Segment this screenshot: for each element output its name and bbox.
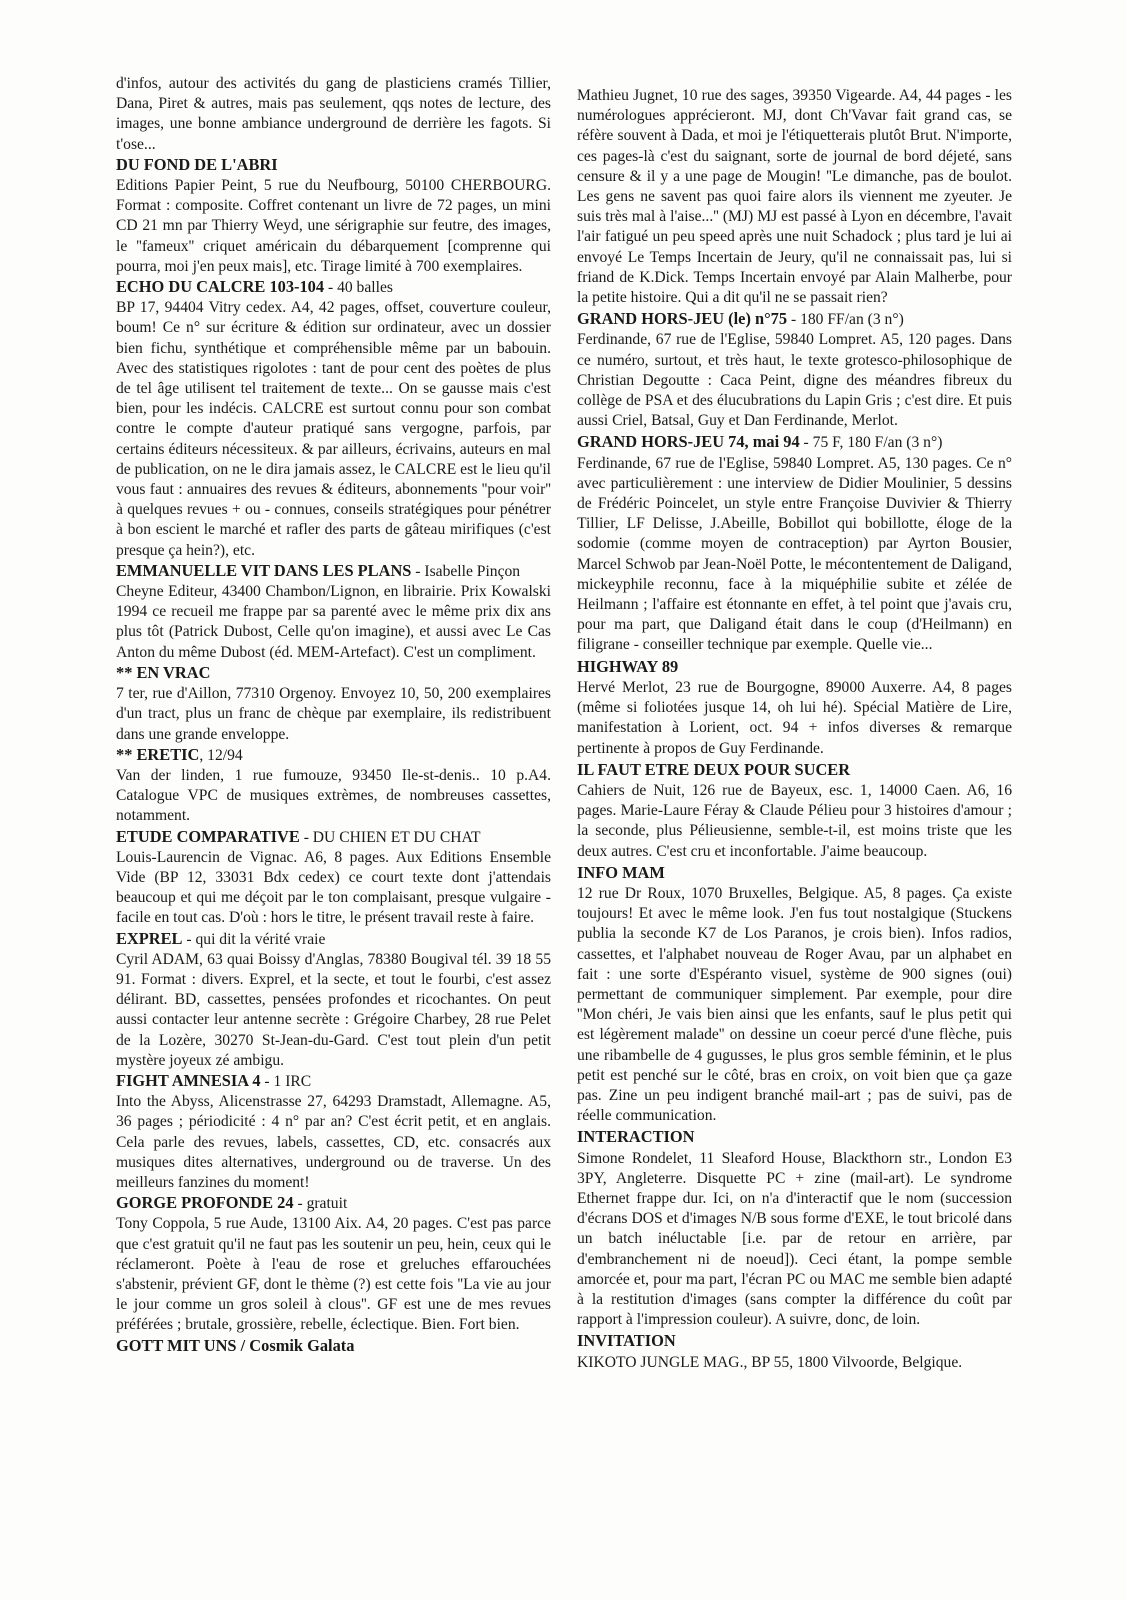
entry-title: DU FOND DE L'ABRI [116, 155, 278, 174]
document-page: d'infos, autour des activités du gang de… [0, 0, 1127, 1600]
entry-subtitle: - 180 FF/an (3 n°) [787, 311, 904, 328]
entry-title: ** EN VRAC [116, 663, 210, 682]
review-entry: ECHO DU CALCRE 103-104 - 40 balles BP 17… [116, 277, 551, 561]
lead-paragraph: d'infos, autour des activités du gang de… [116, 74, 551, 155]
entry-subtitle: - DU CHIEN ET DU CHAT [300, 829, 481, 846]
entry-body: KIKOTO JUNGLE MAG., BP 55, 1800 Vilvoord… [577, 1353, 1012, 1373]
review-entry: INVITATION KIKOTO JUNGLE MAG., BP 55, 18… [577, 1331, 1012, 1372]
entry-subtitle: , 12/94 [199, 747, 242, 764]
entry-title: HIGHWAY 89 [577, 657, 678, 676]
entry-heading: ECHO DU CALCRE 103-104 - 40 balles [116, 277, 551, 298]
entry-body: 12 rue Dr Roux, 1070 Bruxelles, Belgique… [577, 884, 1012, 1126]
entry-subtitle: - 40 balles [324, 279, 393, 296]
review-entry: GOTT MIT UNS / Cosmik Galata [116, 1336, 551, 1357]
review-entry: INTERACTION Simone Rondelet, 11 Sleaford… [577, 1127, 1012, 1330]
entry-title: ETUDE COMPARATIVE [116, 827, 300, 846]
entry-heading: INFO MAM [577, 863, 1012, 884]
review-entry: FIGHT AMNESIA 4 - 1 IRC Into the Abyss, … [116, 1071, 551, 1193]
entry-body: Cahiers de Nuit, 126 rue de Bayeux, esc.… [577, 781, 1012, 862]
entry-heading: GRAND HORS-JEU 74, mai 94 - 75 F, 180 F/… [577, 432, 1012, 453]
review-entry: HIGHWAY 89 Hervé Merlot, 23 rue de Bourg… [577, 657, 1012, 759]
review-entry: ETUDE COMPARATIVE - DU CHIEN ET DU CHAT … [116, 827, 551, 929]
entry-heading: GRAND HORS-JEU (le) n°75 - 180 FF/an (3 … [577, 309, 1012, 330]
entry-subtitle: - 75 F, 180 F/an (3 n°) [800, 434, 943, 451]
review-entry: EMMANUELLE VIT DANS LES PLANS - Isabelle… [116, 561, 551, 663]
left-column: d'infos, autour des activités du gang de… [116, 74, 551, 1357]
review-entry: GRAND HORS-JEU (le) n°75 - 180 FF/an (3 … [577, 309, 1012, 431]
entry-subtitle: - Isabelle Pinçon [411, 563, 520, 580]
entry-subtitle: - qui dit la vérité vraie [182, 931, 325, 948]
entry-title: IL FAUT ETRE DEUX POUR SUCER [577, 760, 850, 779]
review-entry: INFO MAM 12 rue Dr Roux, 1070 Bruxelles,… [577, 863, 1012, 1127]
lead-paragraph: Mathieu Jugnet, 10 rue des sages, 39350 … [577, 86, 1012, 308]
entry-body: Van der linden, 1 rue fumouze, 93450 Ile… [116, 766, 551, 827]
entry-body: Simone Rondelet, 11 Sleaford House, Blac… [577, 1149, 1012, 1331]
entry-body: Tony Coppola, 5 rue Aude, 13100 Aix. A4,… [116, 1214, 551, 1335]
entry-subtitle: - 1 IRC [261, 1073, 312, 1090]
entry-title: INFO MAM [577, 863, 665, 882]
review-entry: DU FOND DE L'ABRI Editions Papier Peint,… [116, 155, 551, 277]
entry-body: 7 ter, rue d'Aillon, 77310 Orgenoy. Envo… [116, 684, 551, 745]
entry-title: GRAND HORS-JEU 74, mai 94 [577, 432, 800, 451]
entry-heading: HIGHWAY 89 [577, 657, 1012, 678]
entry-title: ** ERETIC [116, 745, 199, 764]
entry-body: Cheyne Editeur, 43400 Chambon/Lignon, en… [116, 582, 551, 663]
entry-heading: ** EN VRAC [116, 663, 551, 684]
review-entry: IL FAUT ETRE DEUX POUR SUCER Cahiers de … [577, 760, 1012, 862]
entry-body: Into the Abyss, Alicenstrasse 27, 64293 … [116, 1092, 551, 1193]
review-entry: GORGE PROFONDE 24 - gratuit Tony Coppola… [116, 1193, 551, 1335]
entry-body: Cyril ADAM, 63 quai Boissy d'Anglas, 783… [116, 950, 551, 1071]
entry-body: Ferdinande, 67 rue de l'Eglise, 59840 Lo… [577, 454, 1012, 656]
entry-heading: GORGE PROFONDE 24 - gratuit [116, 1193, 551, 1214]
entry-body: Louis-Laurencin de Vignac. A6, 8 pages. … [116, 848, 551, 929]
entry-heading: FIGHT AMNESIA 4 - 1 IRC [116, 1071, 551, 1092]
entry-subtitle: - gratuit [294, 1195, 348, 1212]
review-entry: GRAND HORS-JEU 74, mai 94 - 75 F, 180 F/… [577, 432, 1012, 655]
entry-heading: IL FAUT ETRE DEUX POUR SUCER [577, 760, 1012, 781]
entry-title: ECHO DU CALCRE 103-104 [116, 277, 324, 296]
entry-title: INVITATION [577, 1331, 676, 1350]
entry-title: EXPREL [116, 929, 182, 948]
entry-body: Ferdinande, 67 rue de l'Eglise, 59840 Lo… [577, 330, 1012, 431]
entry-heading: ** ERETIC, 12/94 [116, 745, 551, 766]
entry-heading: GOTT MIT UNS / Cosmik Galata [116, 1336, 551, 1357]
review-entry: ** ERETIC, 12/94 Van der linden, 1 rue f… [116, 745, 551, 827]
review-entry: ** EN VRAC 7 ter, rue d'Aillon, 77310 Or… [116, 663, 551, 745]
entry-heading: EMMANUELLE VIT DANS LES PLANS - Isabelle… [116, 561, 551, 582]
entry-title: EMMANUELLE VIT DANS LES PLANS [116, 561, 411, 580]
entry-title: GRAND HORS-JEU (le) n°75 [577, 309, 787, 328]
entry-heading: DU FOND DE L'ABRI [116, 155, 551, 176]
review-entry: EXPREL - qui dit la vérité vraie Cyril A… [116, 929, 551, 1071]
entry-heading: INVITATION [577, 1331, 1012, 1352]
entry-heading: ETUDE COMPARATIVE - DU CHIEN ET DU CHAT [116, 827, 551, 848]
entry-title: INTERACTION [577, 1127, 695, 1146]
entry-title: GORGE PROFONDE 24 [116, 1193, 294, 1212]
entry-body: BP 17, 94404 Vitry cedex. A4, 42 pages, … [116, 298, 551, 561]
entry-title: FIGHT AMNESIA 4 [116, 1071, 261, 1090]
entry-body: Editions Papier Peint, 5 rue du Neufbour… [116, 176, 551, 277]
right-column: Mathieu Jugnet, 10 rue des sages, 39350 … [577, 86, 1012, 1373]
entry-heading: EXPREL - qui dit la vérité vraie [116, 929, 551, 950]
entry-body: Hervé Merlot, 23 rue de Bourgogne, 89000… [577, 678, 1012, 759]
entry-heading: INTERACTION [577, 1127, 1012, 1148]
entry-title: GOTT MIT UNS / Cosmik Galata [116, 1336, 354, 1355]
